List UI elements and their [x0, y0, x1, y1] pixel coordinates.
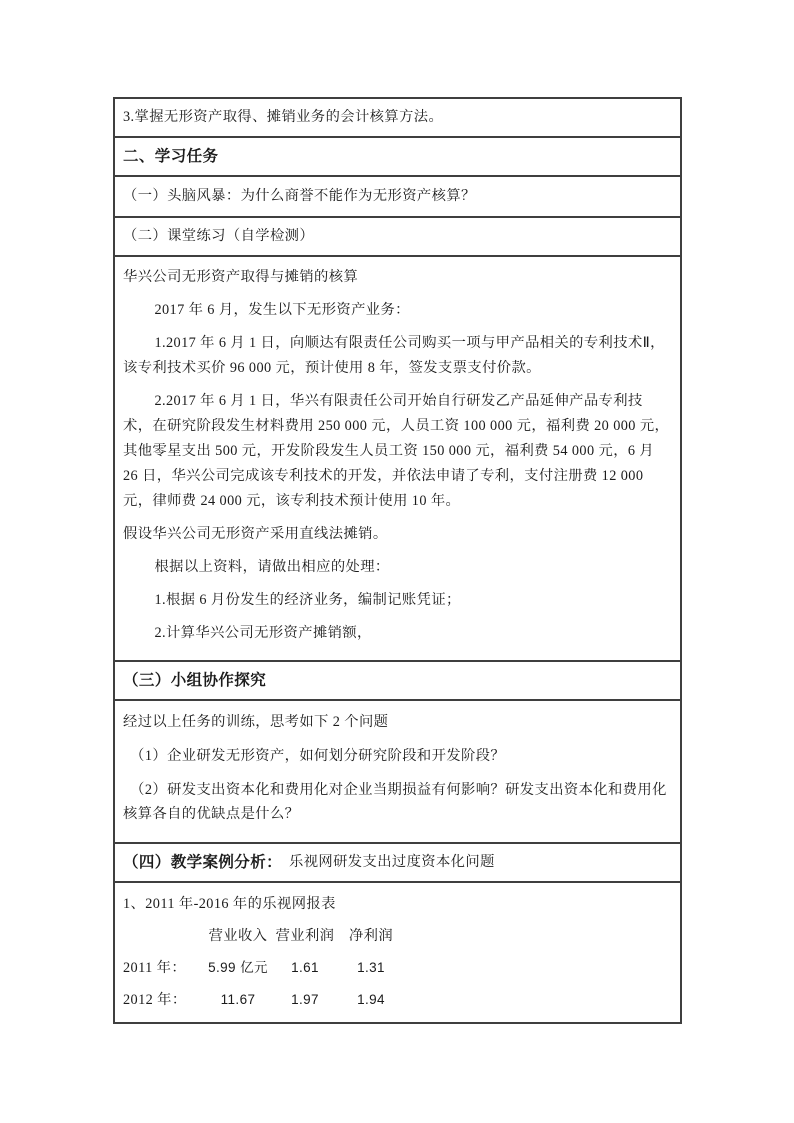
task2-text: （二）课堂练习（自学检测）: [123, 224, 314, 249]
table-row-exercise: 华兴公司无形资产取得与摊销的核算 2017 年 6 月，发生以下无形资产业务： …: [115, 257, 680, 662]
report-cell-net-profit: 1.94: [337, 984, 405, 1016]
discussion-question1: （1）企业研发无形资产，如何划分研究阶段和开发阶段？: [123, 744, 672, 768]
section4-heading-rest: 乐视网研发支出过度资本化问题: [289, 850, 495, 875]
table-row-section3-heading: （三）小组协作探究: [115, 662, 680, 701]
report-header-empty: [119, 920, 203, 952]
document-page: 3.掌握无形资产取得、摊销业务的会计核算方法。 二、学习任务 （一）头脑风暴：为…: [0, 0, 794, 1123]
exercise-title: 华兴公司无形资产取得与摊销的核算: [123, 265, 672, 290]
discussion-intro: 经过以上任务的训练，思考如下 2 个问题: [123, 710, 672, 734]
table-row-discussion: 经过以上任务的训练，思考如下 2 个问题 （1）企业研发无形资产，如何划分研究阶…: [115, 701, 680, 844]
report-cell-operating-profit: 1.61: [273, 952, 337, 984]
section3-heading-text: （三）小组协作探究: [123, 668, 266, 693]
exercise-requirement2: 2.计算华兴公司无形资产摊销额，: [123, 621, 672, 646]
task1-text: （一）头脑风暴：为什么商誉不能作为无形资产核算？: [123, 184, 476, 209]
report-title: 1、2011 年-2016 年的乐视网报表: [119, 888, 672, 920]
report-header-row: 营业收入 营业利润 净利润: [119, 920, 672, 952]
table-row-objective: 3.掌握无形资产取得、摊销业务的会计核算方法。: [115, 99, 680, 138]
report-cell-revenue: 5.99 亿元: [203, 952, 273, 984]
report-header-net-profit: 净利润: [337, 920, 405, 952]
lesson-plan-table: 3.掌握无形资产取得、摊销业务的会计核算方法。 二、学习任务 （一）头脑风暴：为…: [113, 97, 682, 1024]
exercise-instruction: 根据以上资料，请做出相应的处理：: [123, 555, 672, 580]
exercise-intro: 2017 年 6 月，发生以下无形资产业务：: [123, 298, 672, 323]
report-row-label: 2012 年：: [119, 984, 203, 1016]
exercise-item1: 1.2017 年 6 月 1 日，向顺达有限责任公司购买一项与甲产品相关的专利技…: [123, 331, 672, 381]
table-row-task1: （一）头脑风暴：为什么商誉不能作为无形资产核算？: [115, 177, 680, 218]
table-row-section2-heading: 二、学习任务: [115, 138, 680, 177]
exercise-assumption: 假设华兴公司无形资产采用直线法摊销。: [123, 522, 672, 547]
exercise-item2: 2.2017 年 6 月 1 日，华兴有限责任公司开始自行研发乙产品延伸产品专利…: [123, 389, 672, 514]
table-row-section4-heading: （四）教学案例分析： 乐视网研发支出过度资本化问题: [115, 844, 680, 883]
exercise-requirement1: 1.根据 6 月份发生的经济业务，编制记账凭证；: [123, 588, 672, 613]
objective-text: 3.掌握无形资产取得、摊销业务的会计核算方法。: [123, 105, 443, 130]
report-header-revenue: 营业收入: [203, 920, 273, 952]
section4-heading-bold: （四）教学案例分析：: [123, 850, 282, 875]
report-cell-operating-profit: 1.97: [273, 984, 337, 1016]
table-row-report: 1、2011 年-2016 年的乐视网报表 营业收入 营业利润 净利润 2011…: [115, 883, 680, 1022]
table-row-task2: （二）课堂练习（自学检测）: [115, 218, 680, 257]
discussion-question2: （2）研发支出资本化和费用化对企业当期损益有何影响？研发支出资本化和费用化核算各…: [123, 778, 672, 826]
report-data-row-2012: 2012 年： 11.67 1.97 1.94: [119, 984, 672, 1016]
section2-heading-text: 二、学习任务: [123, 144, 218, 169]
report-header-operating-profit: 营业利润: [273, 920, 337, 952]
report-data-row-2011: 2011 年： 5.99 亿元 1.61 1.31: [119, 952, 672, 984]
report-cell-net-profit: 1.31: [337, 952, 405, 984]
report-row-label: 2011 年：: [119, 952, 203, 984]
report-cell-revenue: 11.67: [203, 984, 273, 1016]
